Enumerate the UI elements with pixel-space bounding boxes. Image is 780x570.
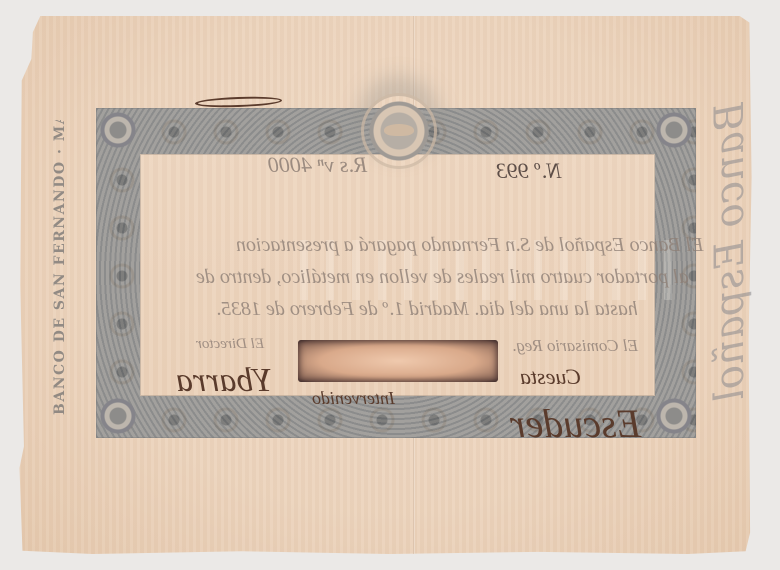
serial-number: N.º 993	[496, 158, 562, 184]
corner-ornament-icon	[656, 398, 692, 434]
corner-ornament-icon	[100, 112, 136, 148]
corner-ornament-icon	[100, 398, 136, 434]
stamp-box	[298, 340, 498, 382]
signature-center: Intervenido	[312, 388, 395, 409]
signature-right: Cuesta	[520, 364, 581, 390]
right-caption: El Comisario Reg.	[512, 336, 638, 356]
corner-ornament-icon	[656, 112, 692, 148]
left-caption: El Director	[196, 336, 264, 353]
signature-flourish: Escuder	[510, 400, 641, 447]
bird-emblem-icon	[384, 124, 414, 136]
side-script-text: Banco Español	[707, 102, 767, 442]
body-line-3: hasta la una del dia. Madrid 1.º de Febr…	[216, 298, 638, 321]
side-legend-text: BANCO DE SAN FERNANDO · MADRID	[52, 120, 72, 415]
signature-left: Ybarra	[176, 362, 272, 400]
body-line-1: El Banco Español de S.n Fernando pagará …	[236, 234, 704, 257]
amount-note: R.s vⁿ 4000	[268, 152, 367, 178]
body-line-2: al portador cuatro mil reales de vellon …	[196, 266, 689, 289]
